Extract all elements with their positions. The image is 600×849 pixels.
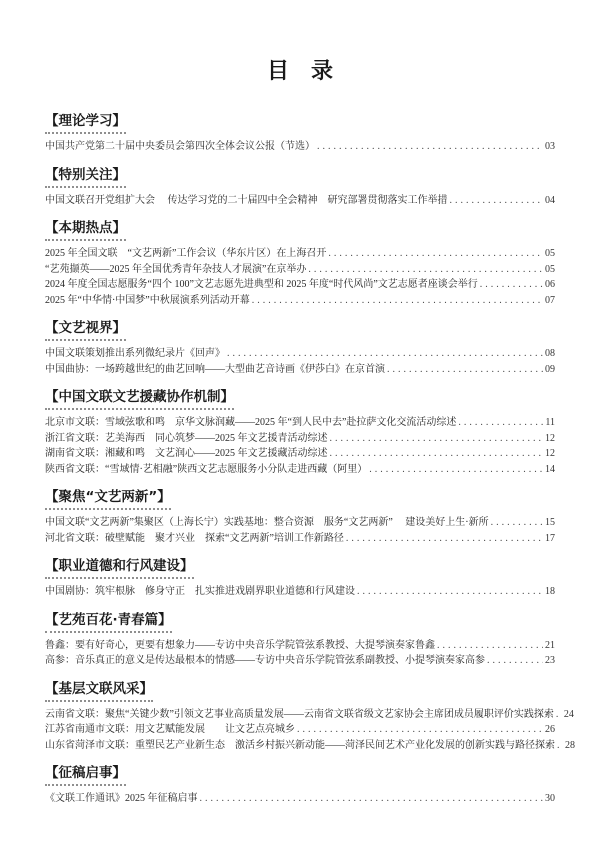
dot-leader [328, 246, 543, 262]
entry-text: 鲁鑫：要有好奇心，更要有想象力——专访中央音乐学院管弦系教授、大提琴演奏家鲁鑫 [45, 638, 435, 654]
entry-page-number: 18 [545, 584, 555, 600]
section-entries: 中国剧协：筑牢根脉 修身守正 扎实推进戏剧界职业道德和行风建设 18 [45, 584, 555, 600]
dot-leader [297, 722, 543, 738]
entry-page-number: 12 [545, 446, 555, 462]
entry-page-number: 26 [545, 722, 555, 738]
entry-page-number: 07 [545, 293, 555, 309]
toc-page: 目 录 【理论学习】 中国共产党第二十届中央委员会第四次全体会议公报（节选） 0… [0, 0, 600, 849]
entry-page-number: 05 [545, 262, 555, 278]
toc-entry: 中国文联召开党组扩大会 传达学习党的二十届四中全会精神 研究部署贯彻落实工作举措… [45, 193, 555, 209]
toc-entry: 北京市文联：雪域弦歌和鸣 京华文脉润藏——2025 年“到人民中去”赴拉萨文化交… [45, 415, 555, 431]
entry-page-number: 09 [545, 362, 555, 378]
section-entries: 云南省文联：聚焦“关键少数”引领文艺事业高质量发展——云南省文联省级文艺家协会主… [45, 707, 555, 754]
toc-entry: 2025 年“中华情·中国梦”中秋展演系列活动开幕 07 [45, 293, 555, 309]
toc-section: 【本期热点】 2025 年全国文联 “文艺两新”工作会议（华东片区）在上海召开 … [45, 219, 555, 308]
dot-leader [200, 791, 544, 807]
entry-text: 中国文联召开党组扩大会 传达学习党的二十届四中全会精神 研究部署贯彻落实工作举措 [45, 193, 448, 209]
toc-section: 【中国文联文艺援藏协作机制】 北京市文联：雪域弦歌和鸣 京华文脉润藏——2025… [45, 388, 555, 477]
entry-page-number: 14 [545, 462, 555, 478]
section-title: 【聚焦“文艺两新”】 [45, 489, 171, 510]
dot-leader [330, 446, 544, 462]
toc-entry: 中国曲协：一场跨越世纪的曲艺回响——大型曲艺音诗画《伊莎白》在京首演 09 [45, 362, 555, 378]
toc-section: 【基层文联风采】 云南省文联：聚焦“关键少数”引领文艺事业高质量发展——云南省文… [45, 680, 555, 754]
dot-leader [308, 262, 543, 278]
toc-entry: 中国文联“文艺两新”集聚区（上海长宁）实践基地：整合资源 服务“文艺两新” 建设… [45, 515, 555, 531]
toc-entry: 2025 年全国文联 “文艺两新”工作会议（华东片区）在上海召开 05 [45, 246, 555, 262]
entry-text: 中国曲协：一场跨越世纪的曲艺回响——大型曲艺音诗画《伊莎白》在京首演 [45, 362, 385, 378]
entry-text: 中国共产党第二十届中央委员会第四次全体会议公报（节选） [45, 139, 315, 155]
section-title: 【征稿启事】 [45, 765, 126, 786]
section-entries: 中国文联“文艺两新”集聚区（上海长宁）实践基地：整合资源 服务“文艺两新” 建设… [45, 515, 555, 546]
entry-text: 2024 年度全国志愿服务“四个 100”文艺志愿先进典型和 2025 年度“时… [45, 277, 478, 293]
entry-text: 中国文联“文艺两新”集聚区（上海长宁）实践基地：整合资源 服务“文艺两新” 建设… [45, 515, 489, 531]
entry-text: 《文联工作通讯》2025 年征稿启事 [45, 791, 198, 807]
dot-leader [458, 415, 543, 431]
entry-text: “艺苑撷英——2025 年全国优秀青年杂技人才展演”在京举办 [45, 262, 306, 278]
dot-leader [487, 653, 543, 669]
dot-leader [346, 531, 543, 547]
entry-page-number: 21 [545, 638, 555, 654]
section-entries: 2025 年全国文联 “文艺两新”工作会议（华东片区）在上海召开 05 “艺苑撷… [45, 246, 555, 308]
dot-leader [557, 738, 563, 754]
toc-entry: 2024 年度全国志愿服务“四个 100”文艺志愿先进典型和 2025 年度“时… [45, 277, 555, 293]
dot-leader [491, 515, 543, 531]
entry-page-number: 17 [545, 531, 555, 547]
toc-section: 【艺苑百花·青春篇】 鲁鑫：要有好奇心，更要有想象力——专访中央音乐学院管弦系教… [45, 611, 555, 669]
section-title: 【特别关注】 [45, 167, 126, 188]
toc-entry: 云南省文联：聚焦“关键少数”引领文艺事业高质量发展——云南省文联省级文艺家协会主… [45, 707, 555, 723]
toc-entry: 《文联工作通讯》2025 年征稿启事 30 [45, 791, 555, 807]
toc-entry: 陕西省文联：“雪域情·艺相融”陕西文艺志愿服务小分队走进西藏（阿里） 14 [45, 462, 555, 478]
section-title: 【文艺视界】 [45, 320, 126, 341]
entry-text: 2025 年全国文联 “文艺两新”工作会议（华东片区）在上海召开 [45, 246, 326, 262]
section-entries: 《文联工作通讯》2025 年征稿启事 30 [45, 791, 555, 807]
section-title: 【理论学习】 [45, 113, 126, 134]
dot-leader [387, 362, 543, 378]
section-title: 【中国文联文艺援藏协作机制】 [45, 389, 234, 410]
entry-text: 江苏省南通市文联：用文艺赋能发展 让文艺点亮城乡 [45, 722, 295, 738]
toc-section: 【职业道德和行风建设】 中国剧协：筑牢根脉 修身守正 扎实推进戏剧界职业道德和行… [45, 557, 555, 600]
toc-entry: “艺苑撷英——2025 年全国优秀青年杂技人才展演”在京举办 05 [45, 262, 555, 278]
dot-leader [357, 584, 543, 600]
section-entries: 中国共产党第二十届中央委员会第四次全体会议公报（节选） 03 [45, 139, 555, 155]
toc-section: 【特别关注】 中国文联召开党组扩大会 传达学习党的二十届四中全会精神 研究部署贯… [45, 166, 555, 209]
section-entries: 中国文联策划推出系列微纪录片《回声》 08 中国曲协：一场跨越世纪的曲艺回响——… [45, 346, 555, 377]
entry-page-number: 24 [564, 707, 574, 723]
toc-section: 【征稿启事】 《文联工作通讯》2025 年征稿启事 30 [45, 764, 555, 807]
entry-page-number: 03 [545, 139, 555, 155]
entry-text: 高参：音乐真正的意义是传达最根本的情感——专访中央音乐学院管弦系副教授、小提琴演… [45, 653, 485, 669]
section-title: 【职业道德和行风建设】 [45, 558, 194, 579]
dot-leader [480, 277, 543, 293]
toc-section: 【理论学习】 中国共产党第二十届中央委员会第四次全体会议公报（节选） 03 [45, 112, 555, 155]
entry-text: 河北省文联：破壁赋能 聚才兴业 探索“文艺两新”培训工作新路径 [45, 531, 344, 547]
toc-section: 【聚焦“文艺两新”】 中国文联“文艺两新”集聚区（上海长宁）实践基地：整合资源 … [45, 488, 555, 546]
toc-sections: 【理论学习】 中国共产党第二十届中央委员会第四次全体会议公报（节选） 03 【特… [45, 112, 555, 807]
entry-text: 2025 年“中华情·中国梦”中秋展演系列活动开幕 [45, 293, 250, 309]
dot-leader [317, 139, 543, 155]
toc-entry: 山东省菏泽市文联：重塑民艺产业新生态 激活乡村振兴新动能——菏泽民间艺术产业化发… [45, 738, 555, 754]
dot-leader [369, 462, 543, 478]
entry-page-number: 15 [545, 515, 555, 531]
toc-section: 【文艺视界】 中国文联策划推出系列微纪录片《回声》 08 中国曲协：一场跨越世纪… [45, 319, 555, 377]
entry-page-number: 28 [565, 738, 575, 754]
section-title: 【基层文联风采】 [45, 681, 153, 702]
entry-page-number: 30 [545, 791, 555, 807]
toc-entry: 中国文联策划推出系列微纪录片《回声》 08 [45, 346, 555, 362]
entry-page-number: 12 [545, 431, 555, 447]
entry-text: 浙江省文联：艺美海西 同心筑梦——2025 年文艺援青活动综述 [45, 431, 328, 447]
toc-entry: 浙江省文联：艺美海西 同心筑梦——2025 年文艺援青活动综述 12 [45, 431, 555, 447]
toc-entry: 鲁鑫：要有好奇心，更要有想象力——专访中央音乐学院管弦系教授、大提琴演奏家鲁鑫 … [45, 638, 555, 654]
entry-page-number: 05 [545, 246, 555, 262]
entry-text: 湖南省文联：湘藏和鸣 文艺润心——2025 年文艺援藏活动综述 [45, 446, 328, 462]
section-entries: 中国文联召开党组扩大会 传达学习党的二十届四中全会精神 研究部署贯彻落实工作举措… [45, 193, 555, 209]
entry-text: 陕西省文联：“雪域情·艺相融”陕西文艺志愿服务小分队走进西藏（阿里） [45, 462, 367, 478]
page-title: 目 录 [45, 58, 555, 86]
dot-leader [252, 293, 543, 309]
section-title: 【艺苑百花·青春篇】 [45, 612, 172, 633]
dot-leader [227, 346, 543, 362]
entry-page-number: 06 [545, 277, 555, 293]
section-entries: 北京市文联：雪域弦歌和鸣 京华文脉润藏——2025 年“到人民中去”赴拉萨文化交… [45, 415, 555, 477]
section-title: 【本期热点】 [45, 220, 126, 241]
toc-entry: 河北省文联：破壁赋能 聚才兴业 探索“文艺两新”培训工作新路径 17 [45, 531, 555, 547]
toc-entry: 江苏省南通市文联：用文艺赋能发展 让文艺点亮城乡 26 [45, 722, 555, 738]
section-entries: 鲁鑫：要有好奇心，更要有想象力——专访中央音乐学院管弦系教授、大提琴演奏家鲁鑫 … [45, 638, 555, 669]
entry-page-number: 08 [545, 346, 555, 362]
toc-entry: 高参：音乐真正的意义是传达最根本的情感——专访中央音乐学院管弦系副教授、小提琴演… [45, 653, 555, 669]
entry-page-number: 11 [545, 415, 555, 431]
toc-entry: 中国剧协：筑牢根脉 修身守正 扎实推进戏剧界职业道德和行风建设 18 [45, 584, 555, 600]
dot-leader [450, 193, 544, 209]
dot-leader [556, 707, 562, 723]
dot-leader [330, 431, 544, 447]
toc-entry: 中国共产党第二十届中央委员会第四次全体会议公报（节选） 03 [45, 139, 555, 155]
entry-text: 中国文联策划推出系列微纪录片《回声》 [45, 346, 225, 362]
entry-text: 云南省文联：聚焦“关键少数”引领文艺事业高质量发展——云南省文联省级文艺家协会主… [45, 707, 554, 723]
dot-leader [437, 638, 543, 654]
toc-entry: 湖南省文联：湘藏和鸣 文艺润心——2025 年文艺援藏活动综述 12 [45, 446, 555, 462]
entry-page-number: 04 [545, 193, 555, 209]
entry-text: 北京市文联：雪域弦歌和鸣 京华文脉润藏——2025 年“到人民中去”赴拉萨文化交… [45, 415, 456, 431]
entry-text: 山东省菏泽市文联：重塑民艺产业新生态 激活乡村振兴新动能——菏泽民间艺术产业化发… [45, 738, 555, 754]
entry-page-number: 23 [545, 653, 555, 669]
entry-text: 中国剧协：筑牢根脉 修身守正 扎实推进戏剧界职业道德和行风建设 [45, 584, 355, 600]
